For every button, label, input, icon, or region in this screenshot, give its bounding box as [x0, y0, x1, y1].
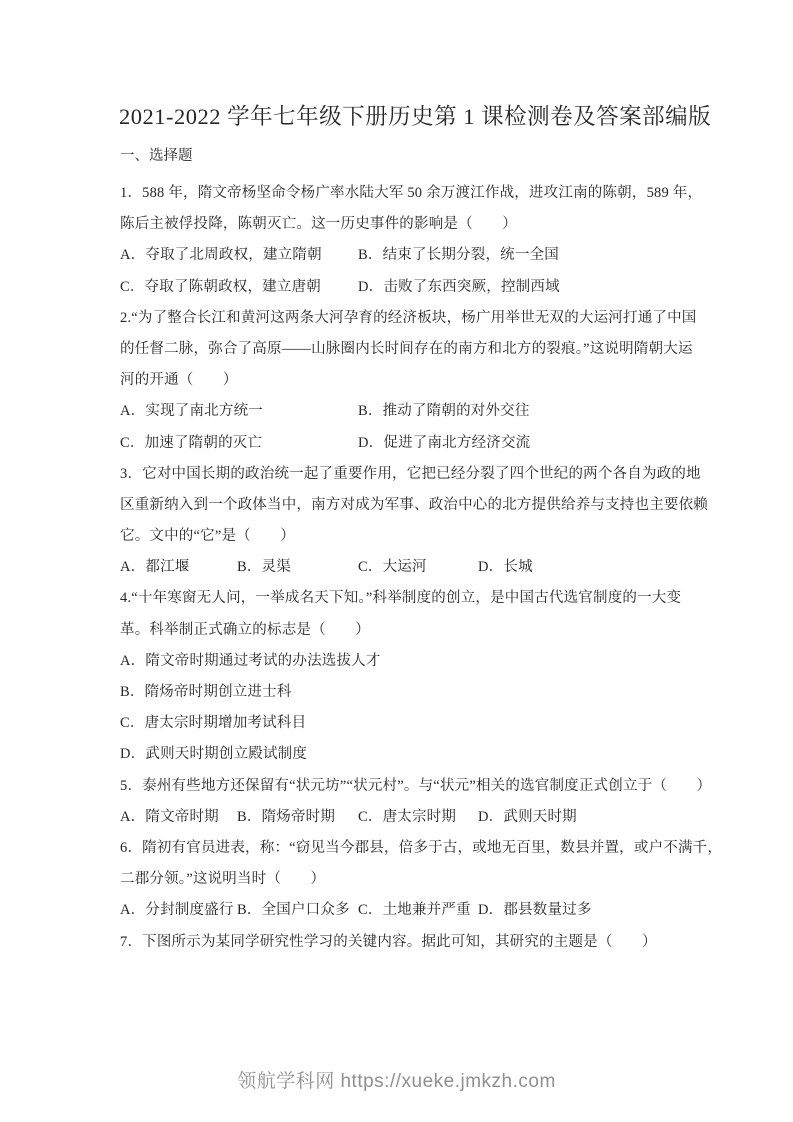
question-stem-line: 3．它对中国长期的政治统一起了重要作用，它把已经分裂了四个世纪的两个各自为政的地 [120, 459, 676, 490]
options-row: B．隋炀帝时期创立进士科 [120, 677, 676, 708]
stem-text: 4.“十年寒窗无人问，一举成名天下知。”科举制度的创立，是中国古代选官制度的一大… [120, 586, 681, 607]
option-d: D．武则天时期 [478, 805, 577, 826]
stem-text: 3．它对中国长期的政治统一起了重要作用，它把已经分裂了四个世纪的两个各自为政的地 [120, 462, 701, 483]
stem-text: 1．588 年，隋文帝杨坚命令杨广率水陆大军 50 余万渡江作战，进攻江南的陈朝… [120, 181, 702, 202]
option-b: B．灵渠 [237, 555, 291, 576]
option-b: B．隋炀帝时期创立进士科 [120, 680, 292, 701]
option-b: B．结束了长期分裂，统一全国 [358, 243, 559, 264]
question-stem-line: 河的开通（ ） [120, 365, 676, 396]
footer-watermark: 领航学科网 https://xueke.jmkzh.com [0, 1066, 793, 1093]
question-stem-line: 的任督二脉，弥合了高原——山脉圈内长时间存在的南方和北方的裂痕。”这说明隋朝大运 [120, 334, 676, 365]
stem-text: 7．下图所示为某同学研究性学习的关键内容。据此可知，其研究的主题是（ ） [120, 930, 657, 951]
stem-text: 二郡分领。”这说明当时（ ） [120, 867, 325, 888]
options-row: A．分封制度盛行 B．全国户口众多 C．土地兼并严重 D．郡县数量过多 [120, 895, 676, 926]
option-d: D．击败了东西突厥，控制西域 [358, 275, 560, 296]
options-row: A．实现了南北方统一 B．推动了隋朝的对外交往 [120, 396, 676, 427]
stem-text: 5．泰州有些地方还保留有“状元坊”“状元村”。与“状元”相关的选官制度正式创立于… [120, 774, 711, 795]
options-row: C．加速了隋朝的灭亡 D．促进了南北方经济交流 [120, 428, 676, 459]
question-stem-line: 陈后主被俘投降，陈朝灭亡。这一历史事件的影响是（ ） [120, 209, 676, 240]
question-stem-line: 1．588 年，隋文帝杨坚命令杨广率水陆大军 50 余万渡江作战，进攻江南的陈朝… [120, 178, 676, 209]
option-a: A．隋文帝时期 [120, 805, 219, 826]
option-a: A．实现了南北方统一 [120, 399, 263, 420]
options-row: C．夺取了陈朝政权，建立唐朝 D．击败了东西突厥，控制西域 [120, 272, 676, 303]
stem-text: 6．隋初有官员进表，称：“窃见当今郡县，倍多于古，或地无百里，数县并置，或户不满… [120, 836, 722, 857]
document-title: 2021-2022 学年七年级下册历史第 1 课检测卷及答案部编版 [119, 102, 679, 132]
option-c: C．唐太宗时期增加考试科目 [120, 711, 306, 732]
document-page: 2021-2022 学年七年级下册历史第 1 课检测卷及答案部编版 一、选择题 … [0, 0, 793, 1122]
options-row: A．隋文帝时期 B．隋炀帝时期 C．唐太宗时期 D．武则天时期 [120, 802, 676, 833]
option-c: C．土地兼并严重 [358, 898, 471, 919]
options-row: A．隋文帝时期通过考试的办法选拔人才 [120, 646, 676, 677]
question-stem-line: 区重新纳入到一个政体当中，南方对成为军事、政治中心的北方提供给养与支持也主要依赖 [120, 490, 676, 521]
options-row: D．武则天时期创立殿试制度 [120, 739, 676, 770]
stem-text: 区重新纳入到一个政体当中，南方对成为军事、政治中心的北方提供给养与支持也主要依赖 [120, 493, 708, 514]
question-stem-line: 4.“十年寒窗无人问，一举成名天下知。”科举制度的创立，是中国古代选官制度的一大… [120, 583, 676, 614]
question-stem-line: 7．下图所示为某同学研究性学习的关键内容。据此可知，其研究的主题是（ ） [120, 927, 676, 958]
questions-area: 1．588 年，隋文帝杨坚命令杨广率水陆大军 50 余万渡江作战，进攻江南的陈朝… [120, 178, 676, 958]
stem-text: 革。科举制正式确立的标志是（ ） [120, 618, 370, 639]
option-b: B．隋炀帝时期 [237, 805, 335, 826]
options-row: A．夺取了北周政权，建立隋朝 B．结束了长期分裂，统一全国 [120, 240, 676, 271]
stem-text: 河的开通（ ） [120, 368, 238, 389]
option-c: C．夺取了陈朝政权，建立唐朝 [120, 275, 321, 296]
option-c: C．加速了隋朝的灭亡 [120, 431, 262, 452]
question-stem-line: 6．隋初有官员进表，称：“窃见当今郡县，倍多于古，或地无百里，数县并置，或户不满… [120, 833, 676, 864]
option-c: C．大运河 [358, 555, 427, 576]
option-b: B．推动了隋朝的对外交往 [358, 399, 530, 420]
option-d: D．武则天时期创立殿试制度 [120, 742, 307, 763]
option-c: C．唐太宗时期 [358, 805, 456, 826]
option-a: A．分封制度盛行 [120, 898, 234, 919]
option-d: D．促进了南北方经济交流 [358, 431, 530, 452]
question-stem-line: 2.“为了整合长江和黄河这两条大河孕育的经济板块，杨广用举世无双的大运河打通了中… [120, 303, 676, 334]
options-row: A．都江堰 B．灵渠 C．大运河 D．长城 [120, 552, 676, 583]
stem-text: 它。文中的“它”是（ ） [120, 524, 295, 545]
option-a: A．都江堰 [120, 555, 189, 576]
question-stem-line: 5．泰州有些地方还保留有“状元坊”“状元村”。与“状元”相关的选官制度正式创立于… [120, 771, 676, 802]
question-stem-line: 二郡分领。”这说明当时（ ） [120, 864, 676, 895]
section-heading: 一、选择题 [120, 144, 193, 165]
option-d: D．长城 [478, 555, 533, 576]
question-stem-line: 革。科举制正式确立的标志是（ ） [120, 615, 676, 646]
stem-text: 的任督二脉，弥合了高原——山脉圈内长时间存在的南方和北方的裂痕。”这说明隋朝大运 [120, 337, 693, 358]
option-a: A．隋文帝时期通过考试的办法选拔人才 [120, 649, 381, 670]
options-row: C．唐太宗时期增加考试科目 [120, 708, 676, 739]
question-stem-line: 它。文中的“它”是（ ） [120, 521, 676, 552]
option-b: B．全国户口众多 [237, 898, 350, 919]
stem-text: 2.“为了整合长江和黄河这两条大河孕育的经济板块，杨广用举世无双的大运河打通了中… [120, 306, 697, 327]
option-a: A．夺取了北周政权，建立隋朝 [120, 243, 322, 264]
stem-text: 陈后主被俘投降，陈朝灭亡。这一历史事件的影响是（ ） [120, 212, 517, 233]
option-d: D．郡县数量过多 [478, 898, 592, 919]
